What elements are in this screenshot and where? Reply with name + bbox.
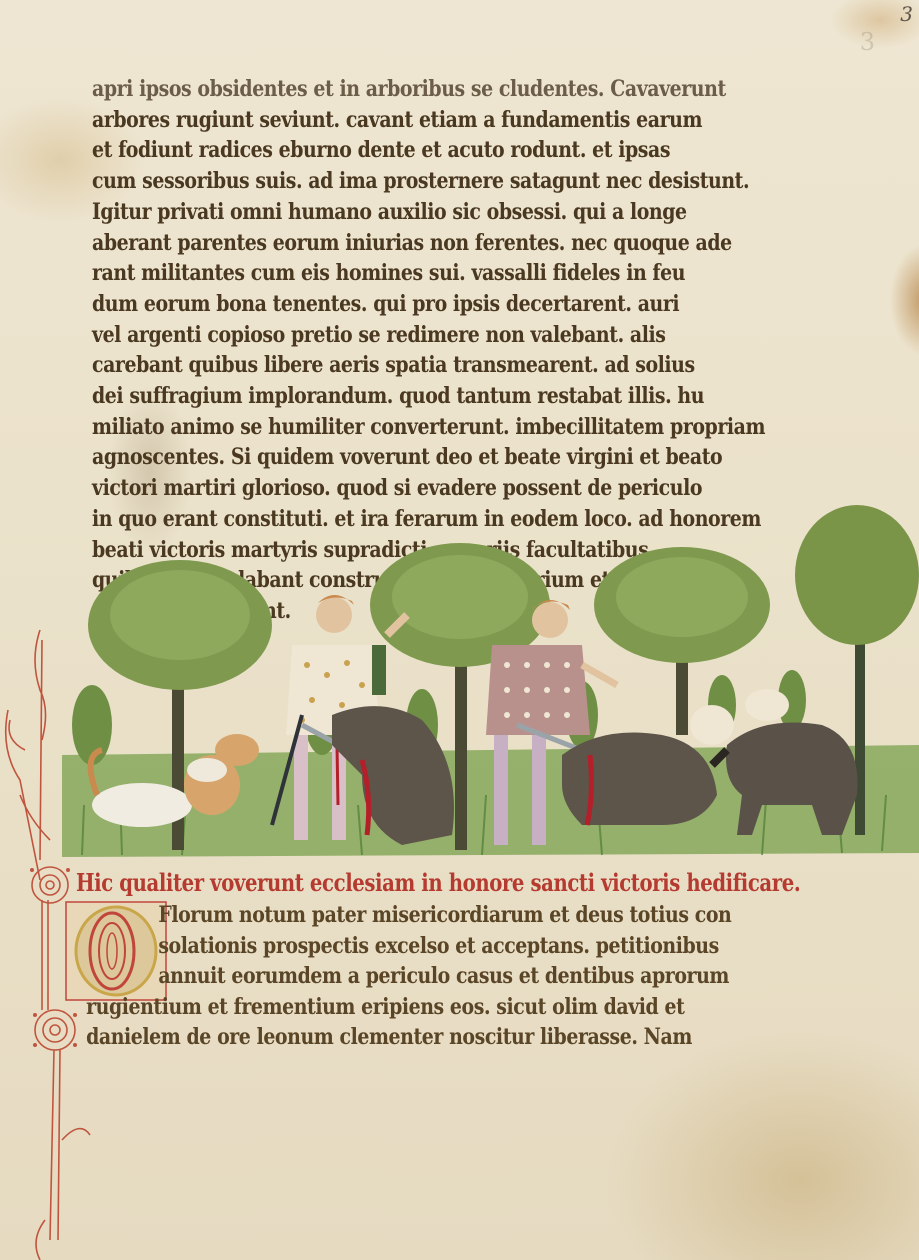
- text-line: apri ipsos obsidentes et in arboribus se…: [92, 74, 711, 105]
- text-line: rugientium et frementium eripiens eos. s…: [62, 992, 716, 1023]
- text-line: miliato animo se humiliter converterunt.…: [92, 412, 711, 443]
- text-line: cum sessoribus suis. ad ima prosternere …: [92, 166, 711, 197]
- text-line: Igitur privati omni humano auxilio sic o…: [92, 197, 711, 228]
- lower-text-column: Florum notum pater misericordiarum et de…: [62, 900, 822, 1053]
- boar-hunt-illustration: [62, 505, 919, 865]
- manuscript-page: 3 3 apri ipsos obsidentes et in arboribu…: [0, 0, 919, 1260]
- text-line: aberant parentes eorum iniurias non fere…: [92, 228, 711, 259]
- text-line: et fodiunt radices eburno dente et acuto…: [92, 135, 711, 166]
- text-line: agnoscentes. Si quidem voverunt deo et b…: [92, 442, 711, 473]
- text-line: dum eorum bona tenentes. qui pro ipsis d…: [92, 289, 711, 320]
- tree-icon: [594, 547, 770, 735]
- miniature-boar-hunt: [62, 505, 919, 865]
- text-line: Florum notum pater misericordiarum et de…: [62, 900, 716, 931]
- text-line: vel argenti copioso pretio se redimere n…: [92, 320, 711, 351]
- wild-boar-icon: [562, 733, 717, 826]
- text-line: danielem de ore leonum clementer noscitu…: [62, 1022, 716, 1053]
- text-line: annuit eorumdem a periculo casus et dent…: [62, 961, 716, 992]
- text-line: arbores rugiunt seviunt. cavant etiam a …: [92, 105, 711, 136]
- text-line: carebant quibus libere aeris spatia tran…: [92, 350, 711, 381]
- text-line: victori martiri glorioso. quod si evader…: [92, 473, 711, 504]
- text-line: rant militantes cum eis homines sui. vas…: [92, 258, 711, 289]
- hunting-dog-icon: [745, 689, 789, 721]
- folio-number-ghost: 3: [860, 28, 875, 56]
- folio-number: 3: [900, 2, 913, 26]
- text-line: dei suffragium implorandum. quod tantum …: [92, 381, 711, 412]
- rubric-heading: Hic qualiter voverunt ecclesiam in honor…: [76, 868, 800, 897]
- hunting-dog-icon: [690, 705, 734, 745]
- text-line: solationis prospectis excelso et accepta…: [62, 931, 716, 962]
